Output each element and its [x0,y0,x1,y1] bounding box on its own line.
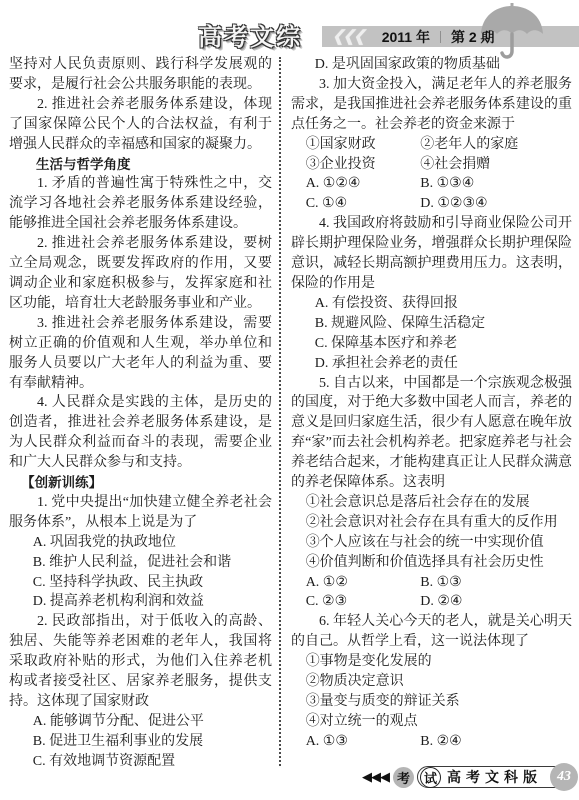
option-left: A. ①②④ [291,174,420,194]
answer-option: C. 有效地调节资源配置 [9,752,272,772]
answer-option: ①社会意识总是落后社会存在的发展 [291,493,572,513]
answer-option: C. 保障基本医疗和养老 [291,334,572,354]
chevrons-left-icon: ❮❮❮ [332,27,364,46]
column-divider [279,57,281,766]
option-right: ②老年人的家庭 [420,135,572,155]
page-body: 坚持对人民负责原则、践行科学发展观的要求，是履行社会公共服务职能的表现。2. 推… [9,55,572,768]
journal-title: 高考文综 [198,17,302,52]
exam-badge: 考 [393,767,414,788]
answer-option: ②社会意识对社会存在具有重大的反作用 [291,513,572,533]
option-pair: A. ①③B. ②④ [291,732,572,752]
edition-label: 高考文科版 [447,767,542,787]
paragraph: 2. 民政部指出，对于低收入的高龄、独居、失能等养老困难的老年人，我国将采取政府… [9,612,272,712]
answer-option: A. 能够调节分配、促进公平 [9,712,272,732]
option-left: C. ②③ [291,592,420,612]
option-right: D. ②④ [420,592,572,612]
answer-option: A. 有偿投资、获得回报 [291,294,572,314]
option-right: B. ①③④ [420,174,572,194]
answer-option: B. 规避风险、保障生活稳定 [291,314,572,334]
issue-year: 2011 年 [382,27,430,47]
page-footer: ◀◀◀ 考 试 高考文科版 43 [362,762,573,792]
arrows-left-icon: ◀◀◀ [362,769,389,785]
right-column: D. 是巩固国家政策的物质基础3. 加大资金投入，满足老年人的养老服务需求，是我… [291,55,572,768]
option-pair: ③企业投资④社会捐赠 [291,155,572,175]
paragraph: 1. 矛盾的普遍性寓于特殊性之中，交流学习各地社会养老服务体系建设经验，能够推进… [9,174,272,234]
paragraph: 2. 推进社会养老服务体系建设，要树立全局观念，既要发挥政府的作用，又要调动企业… [9,234,272,314]
page-number: 43 [550,763,578,791]
option-left: ①国家财政 [291,135,420,155]
option-right: ④社会捐赠 [420,155,572,175]
magazine-page: 高考文综 ❮❮❮ 2011 年 第 2 期 坚持对人民负责原则、践行科学发展观的… [0,0,579,800]
answer-option: C. 坚持科学执政、民主执政 [9,573,272,593]
answer-option: B. 维护人民利益，促进社会和谐 [9,553,272,573]
paragraph: 坚持对人民负责原则、践行科学发展观的要求，是履行社会公共服务职能的表现。 [9,55,272,95]
section-heading: 生活与哲学角度 [9,155,272,175]
banner-divider [440,31,441,43]
option-left: ③企业投资 [291,155,420,175]
left-column: 坚持对人民负责原则、践行科学发展观的要求，是履行社会公共服务职能的表现。2. 推… [9,55,272,768]
section-heading: 【创新训练】 [9,473,272,493]
answer-option: ①事物是变化发展的 [291,652,572,672]
option-right: B. ②④ [420,732,572,752]
paragraph: 4. 人民群众是实践的主体，是历史的创造者，推进社会养老服务体系建设，是为人民群… [9,393,272,473]
paragraph: 2. 推进社会养老服务体系建设，体现了国家保障公民个人的合法权益，有利于增强人民… [9,95,272,155]
answer-option: A. 巩固我党的执政地位 [9,533,272,553]
paragraph: 3. 加大资金投入，满足老年人的养老服务需求，是我国推进社会养老服务体系建设的重… [291,75,572,135]
paragraph: 5. 自古以来，中国都是一个宗族观念极强的国度，对于绝大多数中国老人而言，养老的… [291,374,572,493]
edition-box: 试 高考文科版 43 [417,766,573,788]
option-pair: A. ①②④B. ①③④ [291,174,572,194]
answer-option: B. 促进卫生福利事业的发展 [9,732,272,752]
answer-option: D. 提高养老机构利润和效益 [9,592,272,612]
paragraph: 6. 年轻人关心今天的老人，就是关心明天的自己。从哲学上看，这一说法体现了 [291,612,572,652]
paragraph: 4. 我国政府将鼓励和引导商业保险公司开辟长期护理保险业务，增强群众长期护理保险… [291,214,572,294]
option-left: A. ①③ [291,732,420,752]
option-pair: A. ①②B. ①③ [291,573,572,593]
option-left: C. ①④ [291,194,420,214]
page-header: 高考文综 ❮❮❮ 2011 年 第 2 期 [0,0,579,55]
answer-option: ②物质决定意识 [291,672,572,692]
option-pair: C. ②③D. ②④ [291,592,572,612]
option-right: B. ①③ [420,573,572,593]
option-pair: ①国家财政②老年人的家庭 [291,135,572,155]
answer-option: ③个人应该在与社会的统一中实现价值 [291,533,572,553]
answer-option: ④价值判断和价值选择具有社会历史性 [291,553,572,573]
paragraph: 1. 党中央提出“加快建立健全养老社会服务体系”，从根本上说是为了 [9,493,272,533]
answer-option: ③量变与质变的辩证关系 [291,692,572,712]
test-badge: 试 [420,767,441,788]
option-right: D. ①②③④ [420,194,572,214]
option-left: A. ①② [291,573,420,593]
answer-option: ④对立统一的观点 [291,712,572,732]
option-pair: C. ①④D. ①②③④ [291,194,572,214]
umbrella-icon [473,1,551,66]
answer-option: D. 承担社会养老的责任 [291,354,572,374]
paragraph: 3. 推进社会养老服务体系建设，需要树立正确的价值观和人生观，举办单位和服务人员… [9,314,272,394]
